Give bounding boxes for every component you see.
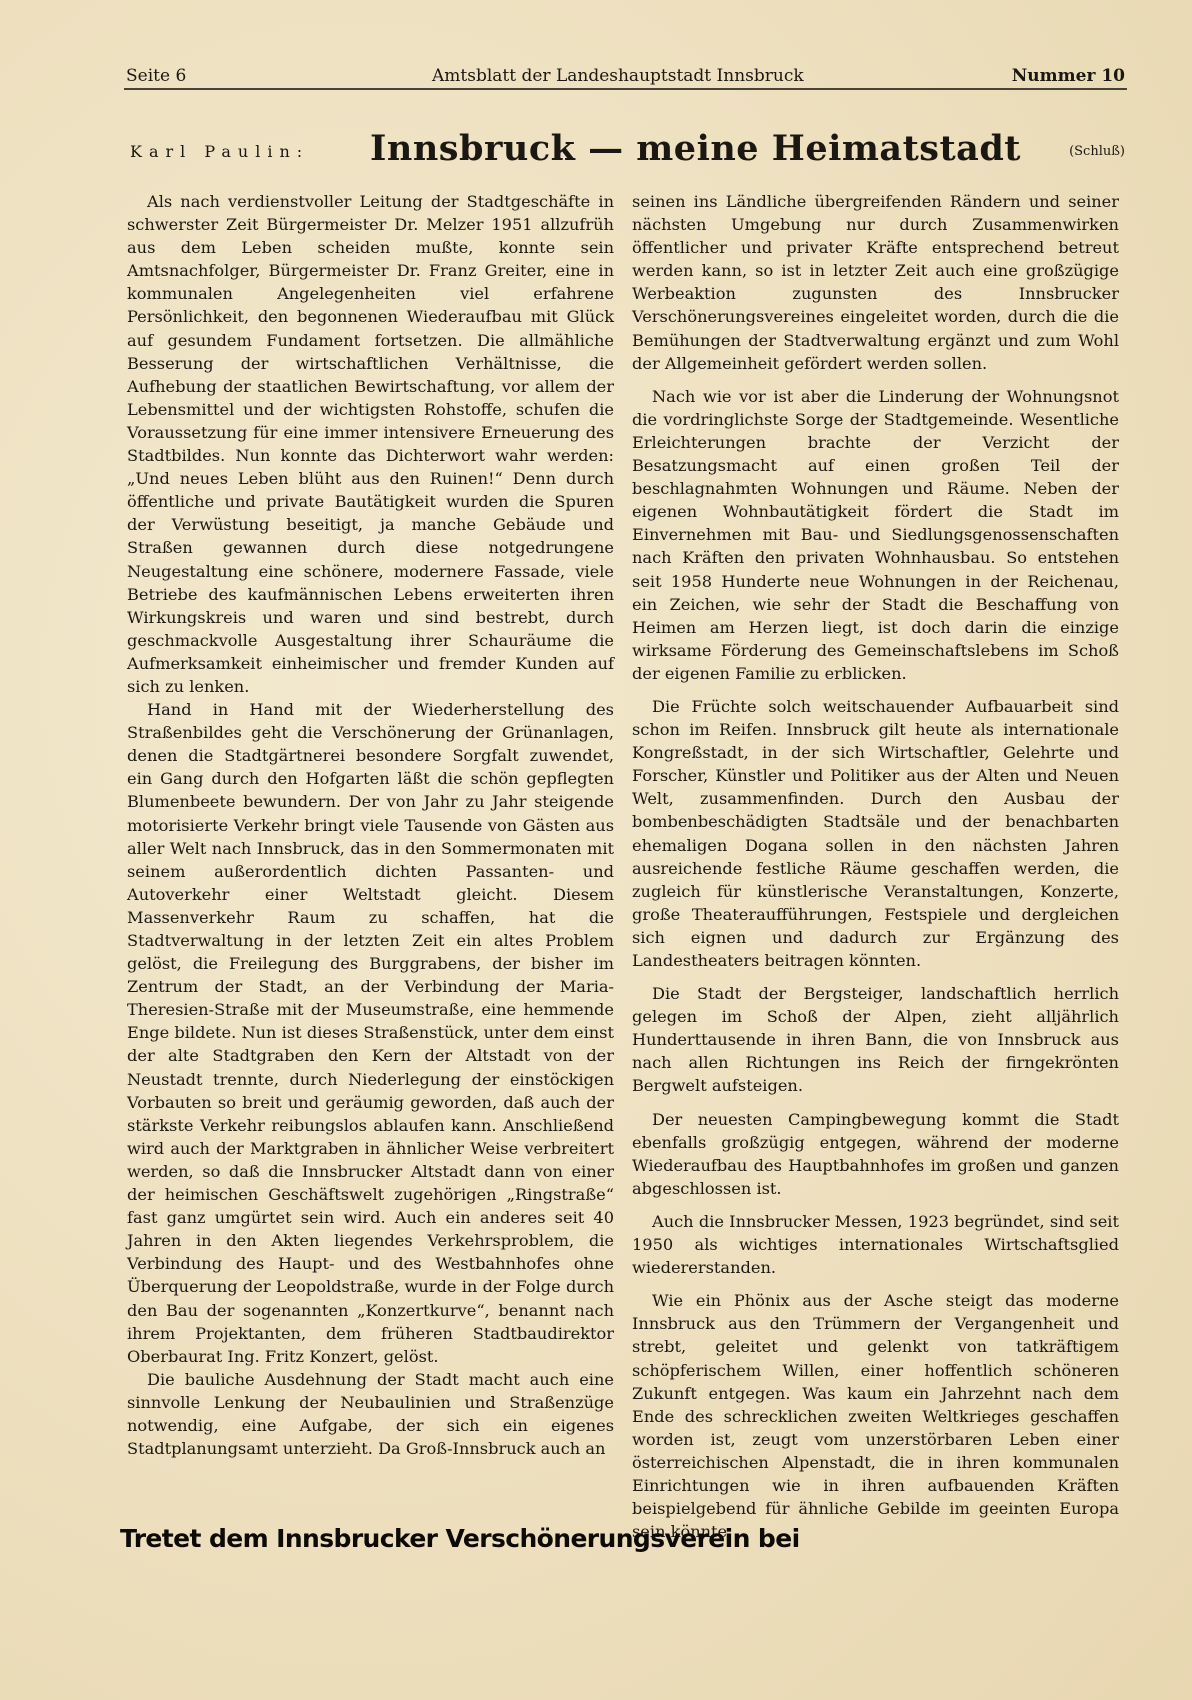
paragraph: Als nach verdienstvoller Leitung der Sta… [127, 190, 614, 698]
footer-banner: Tretet dem Innsbrucker Verschönerungsver… [120, 1524, 1128, 1553]
publication-title: Amtsblatt der Landeshauptstadt Innsbruck [432, 66, 804, 86]
paragraph: Die Früchte solch weitschauender Aufbaua… [632, 695, 1119, 972]
page-header: Seite 6 Amtsblatt der Landeshauptstadt I… [124, 60, 1127, 90]
paragraph: Auch die Innsbrucker Messen, 1923 begrün… [632, 1210, 1119, 1279]
page-number: Seite 6 [126, 66, 186, 86]
left-column: Als nach verdienstvoller Leitung der Sta… [127, 190, 614, 1460]
paragraph: Die bauliche Ausdehnung der Stadt macht … [127, 1368, 614, 1460]
paragraph: Der neuesten Campingbewegung kommt die S… [632, 1108, 1119, 1200]
paragraph: Hand in Hand mit der Wiederherstellung d… [127, 698, 614, 1368]
paragraph: Wie ein Phönix aus der Asche steigt das … [632, 1289, 1119, 1543]
right-column: seinen ins Ländliche übergreifenden Ränd… [632, 190, 1119, 1543]
article-author: Karl Paulin: [130, 142, 309, 161]
paragraph: Nach wie vor ist aber die Linderung der … [632, 385, 1119, 685]
newspaper-page: Seite 6 Amtsblatt der Landeshauptstadt I… [0, 0, 1192, 1700]
continuation-note: (Schluß) [1069, 144, 1125, 159]
paragraph: seinen ins Ländliche übergreifenden Ränd… [632, 190, 1119, 375]
article-title: Innsbruck — meine Heimatstadt [370, 128, 1021, 169]
issue-number: Nummer 10 [1012, 66, 1125, 86]
article-heading: Karl Paulin: Innsbruck — meine Heimatsta… [124, 128, 1127, 178]
paragraph: Die Stadt der Bergsteiger, landschaftlic… [632, 982, 1119, 1097]
